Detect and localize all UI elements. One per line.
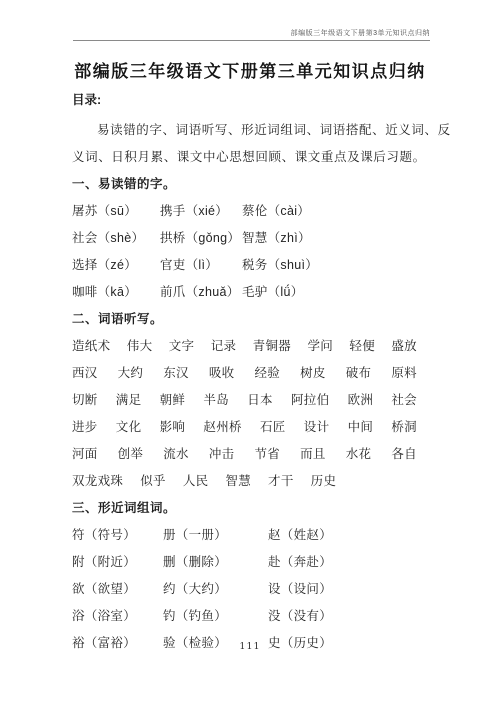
word: 伟大 (127, 333, 153, 360)
word-row: 进步文化影响赵州桥石匠设计中间桥洞 (72, 414, 417, 441)
word: 删（删除） (163, 549, 268, 576)
word-row: 选择（zé）官吏（lì）税务（shuì） (72, 252, 432, 279)
word-row: 社会（shè）拱桥（gǒng）智慧（zhì） (72, 225, 432, 252)
word: 经验 (255, 360, 281, 387)
word: 日本 (247, 387, 273, 414)
word: 中间 (348, 414, 374, 441)
word: 符（符号） (72, 522, 163, 549)
running-header-rule (73, 40, 430, 41)
running-header-text: 部编版三年级语文下册第3单元知识点归纳 (291, 28, 430, 38)
word-row: 双龙戏珠似乎人民智慧才干历史 (72, 468, 432, 495)
word: 青铜器 (253, 333, 291, 360)
word: 选择（zé） (72, 252, 160, 279)
word: 原料 (391, 360, 417, 387)
word: 石匠 (260, 414, 286, 441)
word: 册（一册） (163, 522, 268, 549)
word: 半岛 (203, 387, 229, 414)
word: 破布 (346, 360, 372, 387)
sections-container: 一、易读错的字。屠苏（sū）携手（xié）蔡伦（cài）社会（shè）拱桥（gǒ… (72, 171, 432, 657)
word: 桥洞 (391, 414, 417, 441)
word: 造纸术 (72, 333, 110, 360)
word: 切断 (72, 387, 98, 414)
word: 东汉 (163, 360, 189, 387)
word: 轻便 (349, 333, 375, 360)
word-row: 咖啡（kā）前爪（zhuǎ）毛驴（lǘ） (72, 279, 432, 306)
word: 大约 (118, 360, 144, 387)
word: 西汉 (72, 360, 98, 387)
word: 人民 (183, 468, 209, 495)
word: 赵（姓赵） (268, 522, 432, 549)
word: 赵州桥 (203, 414, 241, 441)
section-heading: 一、易读错的字。 (72, 171, 432, 198)
word: 似乎 (140, 468, 166, 495)
word: 才干 (268, 468, 294, 495)
word-row: 附（附近）删（删除）赴（奔赴） (72, 549, 432, 576)
word: 水花 (346, 441, 372, 468)
word: 流水 (163, 441, 189, 468)
word: 附（附近） (72, 549, 163, 576)
word: 河面 (72, 441, 98, 468)
word: 欲（欲望） (72, 576, 163, 603)
word: 创举 (118, 441, 144, 468)
word: 进步 (72, 414, 98, 441)
word: 约（大约） (163, 576, 268, 603)
page-title: 部编版三年级语文下册第三单元知识点归纳 (40, 57, 460, 82)
word: 满足 (116, 387, 142, 414)
word: 蔡伦（cài） (242, 198, 432, 225)
word: 设（设问） (268, 576, 432, 603)
document-page: 部编版三年级语文下册第3单元知识点归纳 部编版三年级语文下册第三单元知识点归纳 … (0, 0, 500, 708)
word-row: 河面创举流水冲击节省而且水花各自 (72, 441, 417, 468)
word-row: 屠苏（sū）携手（xié）蔡伦（cài） (72, 198, 432, 225)
word: 冲击 (209, 441, 235, 468)
word: 赴（奔赴） (268, 549, 432, 576)
word: 树皮 (300, 360, 326, 387)
word: 智慧 (225, 468, 251, 495)
word-row: 符（符号）册（一册）赵（姓赵） (72, 522, 432, 549)
word: 而且 (300, 441, 326, 468)
section-heading: 三、形近词组词。 (72, 495, 432, 522)
toc-line: 易读错的字、词语听写、形近词组词、词语搭配、近义词、反 (72, 117, 432, 144)
document-body: 目录: 易读错的字、词语听写、形近词组词、词语搭配、近义词、反义词、日积月累、课… (72, 90, 432, 657)
toc-paragraph: 易读错的字、词语听写、形近词组词、词语搭配、近义词、反义词、日积月累、课文中心思… (72, 117, 432, 171)
word: 毛驴（lǘ） (242, 279, 432, 306)
word: 浴（浴室） (72, 603, 163, 630)
word: 钓（钓鱼） (163, 603, 268, 630)
word: 官吏（lì） (160, 252, 242, 279)
word: 屠苏（sū） (72, 198, 160, 225)
word: 税务（shuì） (242, 252, 432, 279)
word: 节省 (255, 441, 281, 468)
word: 记录 (211, 333, 237, 360)
word: 各自 (391, 441, 417, 468)
word: 学问 (307, 333, 333, 360)
word: 携手（xié） (160, 198, 242, 225)
word: 社会 (391, 387, 417, 414)
word-row: 西汉大约东汉吸收经验树皮破布原料 (72, 360, 417, 387)
word: 文化 (116, 414, 142, 441)
word-row: 欲（欲望）约（大约）设（设问） (72, 576, 432, 603)
word: 设计 (304, 414, 330, 441)
word: 历史 (311, 468, 337, 495)
section-heading: 二、词语听写。 (72, 306, 432, 333)
word-row: 造纸术伟大文字记录青铜器学问轻便盛放 (72, 333, 417, 360)
word: 没（没有） (268, 603, 432, 630)
word: 双龙戏珠 (72, 468, 123, 495)
word: 咖啡（kā） (72, 279, 160, 306)
word: 盛放 (391, 333, 417, 360)
word: 阿拉伯 (291, 387, 329, 414)
word: 朝鲜 (160, 387, 186, 414)
word: 文字 (169, 333, 195, 360)
word-row: 切断满足朝鲜半岛日本阿拉伯欧洲社会 (72, 387, 417, 414)
word: 吸收 (209, 360, 235, 387)
word: 社会（shè） (72, 225, 160, 252)
page-number: 111 (0, 641, 500, 652)
word: 前爪（zhuǎ） (160, 279, 242, 306)
word: 智慧（zhì） (242, 225, 432, 252)
word: 拱桥（gǒng） (160, 225, 242, 252)
word: 欧洲 (348, 387, 374, 414)
toc-label: 目录: (72, 90, 432, 110)
word: 影响 (160, 414, 186, 441)
toc-line: 义词、日积月累、课文中心思想回顾、课文重点及课后习题。 (72, 144, 432, 171)
word-row: 浴（浴室）钓（钓鱼）没（没有） (72, 603, 432, 630)
